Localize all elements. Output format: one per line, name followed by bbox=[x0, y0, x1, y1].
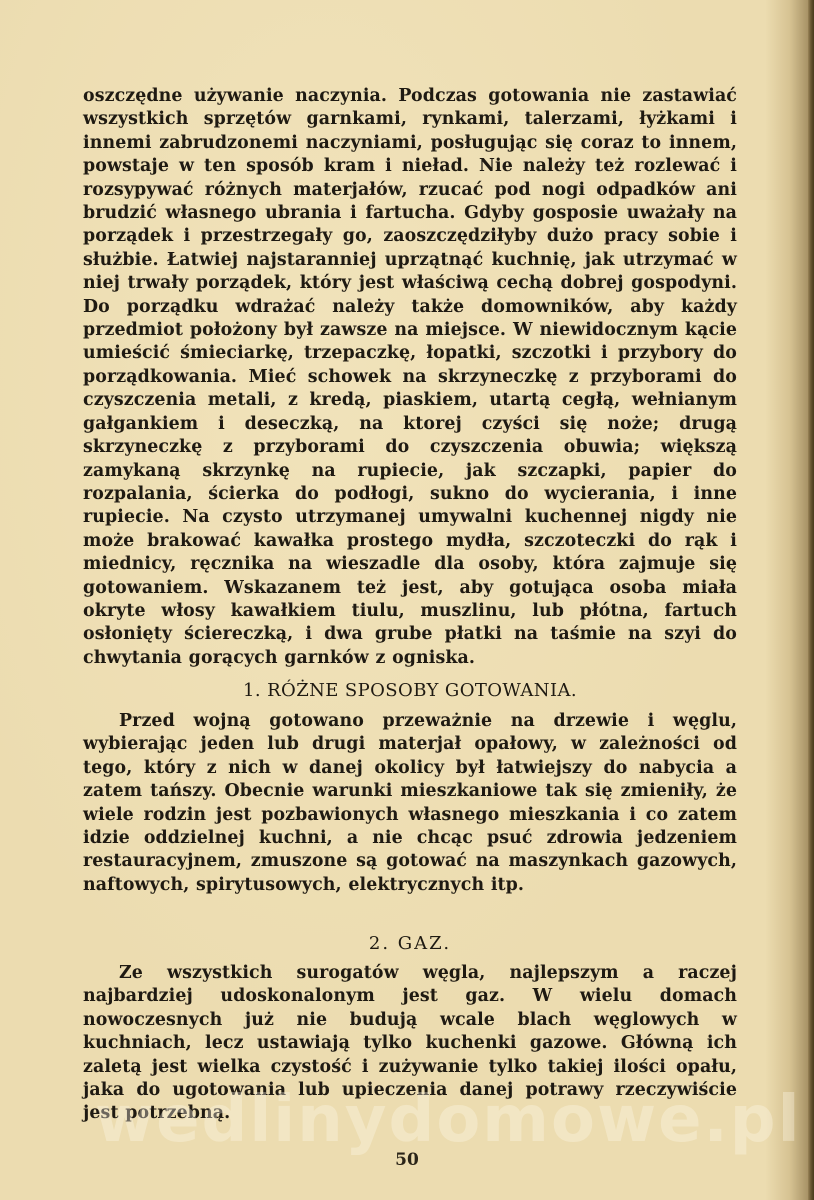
section-gas-block: Ze wszystkich surogatów węgla, najlepszy… bbox=[83, 962, 737, 1126]
page-edge-shadow bbox=[808, 0, 814, 1200]
section-gas-paragraph: Ze wszystkich surogatów węgla, najlepszy… bbox=[83, 962, 737, 1126]
intro-paragraph-block: oszczędne używanie naczynia. Podczas got… bbox=[83, 85, 737, 670]
intro-paragraph: oszczędne używanie naczynia. Podczas got… bbox=[83, 85, 737, 670]
section-heading-cooking-methods: 1. RÓŻNE SPOSOBY GOTOWANIA. bbox=[83, 680, 737, 701]
page-number: 50 bbox=[0, 1150, 814, 1170]
section-cooking-methods-block: Przed wojną gotowano przeważnie na drzew… bbox=[83, 710, 737, 897]
section-cooking-methods-paragraph: Przed wojną gotowano przeważnie na drzew… bbox=[83, 710, 737, 897]
book-page: oszczędne używanie naczynia. Podczas got… bbox=[0, 0, 814, 1200]
section-heading-gas: 2. GAZ. bbox=[83, 933, 737, 954]
